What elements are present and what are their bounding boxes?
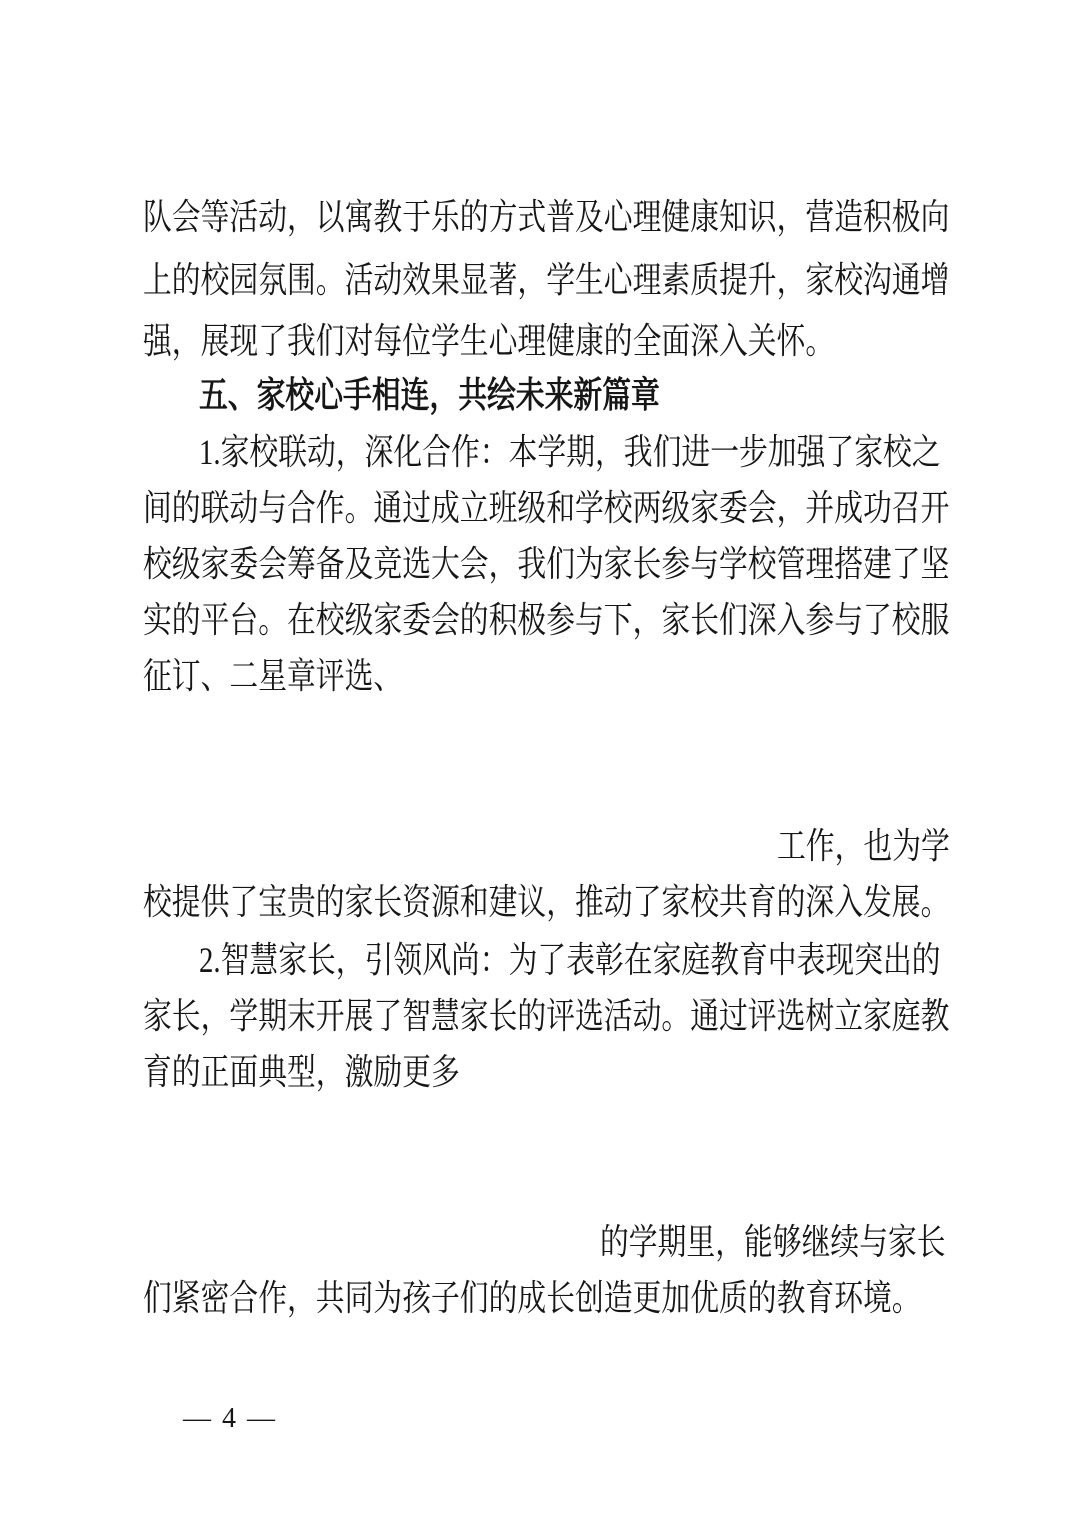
- text-line: 实的平台。在校级家委会的积极参与下，家长们深入参与了校服: [143, 601, 949, 641]
- text-line: 2.智慧家长，引领风尚：为了表彰在家庭教育中表现突出的: [199, 941, 941, 981]
- section-heading: 五、家校心手相连，共绘未来新篇章: [199, 376, 660, 416]
- document-page: 队会等活动，以寓教于乐的方式普及心理健康知识，营造积极向 上的校园氛围。活动效果…: [0, 0, 1080, 1527]
- text-line: 征订、二星章评选、: [143, 657, 402, 697]
- text-line: 1.家校联动，深化合作：本学期，我们进一步加强了家校之: [199, 433, 941, 473]
- text-line: 校级家委会筹备及竞选大会，我们为家长参与学校管理搭建了坚: [143, 545, 949, 585]
- text-line: 上的校园氛围。活动效果显著，学生心理素质提升，家校沟通增: [143, 261, 949, 301]
- text-line: 育的正面典型，激励更多: [143, 1053, 460, 1093]
- page-number: — 4 —: [183, 1405, 277, 1433]
- text-line: 间的联动与合作。通过成立班级和学校两级家委会，并成功召开: [143, 489, 949, 529]
- text-line: 家长，学期末开展了智慧家长的评选活动。通过评选树立家庭教: [143, 997, 949, 1037]
- text-line: 的学期里，能够继续与家长: [600, 1223, 946, 1263]
- text-line: 校提供了宝贵的家长资源和建议，推动了家校共育的深入发展。: [143, 883, 949, 923]
- text-line: 强，展现了我们对每位学生心理健康的全面深入关怀。: [143, 322, 834, 362]
- text-line: 工作，也为学: [777, 827, 950, 867]
- text-line: 队会等活动，以寓教于乐的方式普及心理健康知识，营造积极向: [143, 198, 949, 238]
- text-line: 们紧密合作，共同为孩子们的成长创造更加优质的教育环境。: [143, 1279, 921, 1319]
